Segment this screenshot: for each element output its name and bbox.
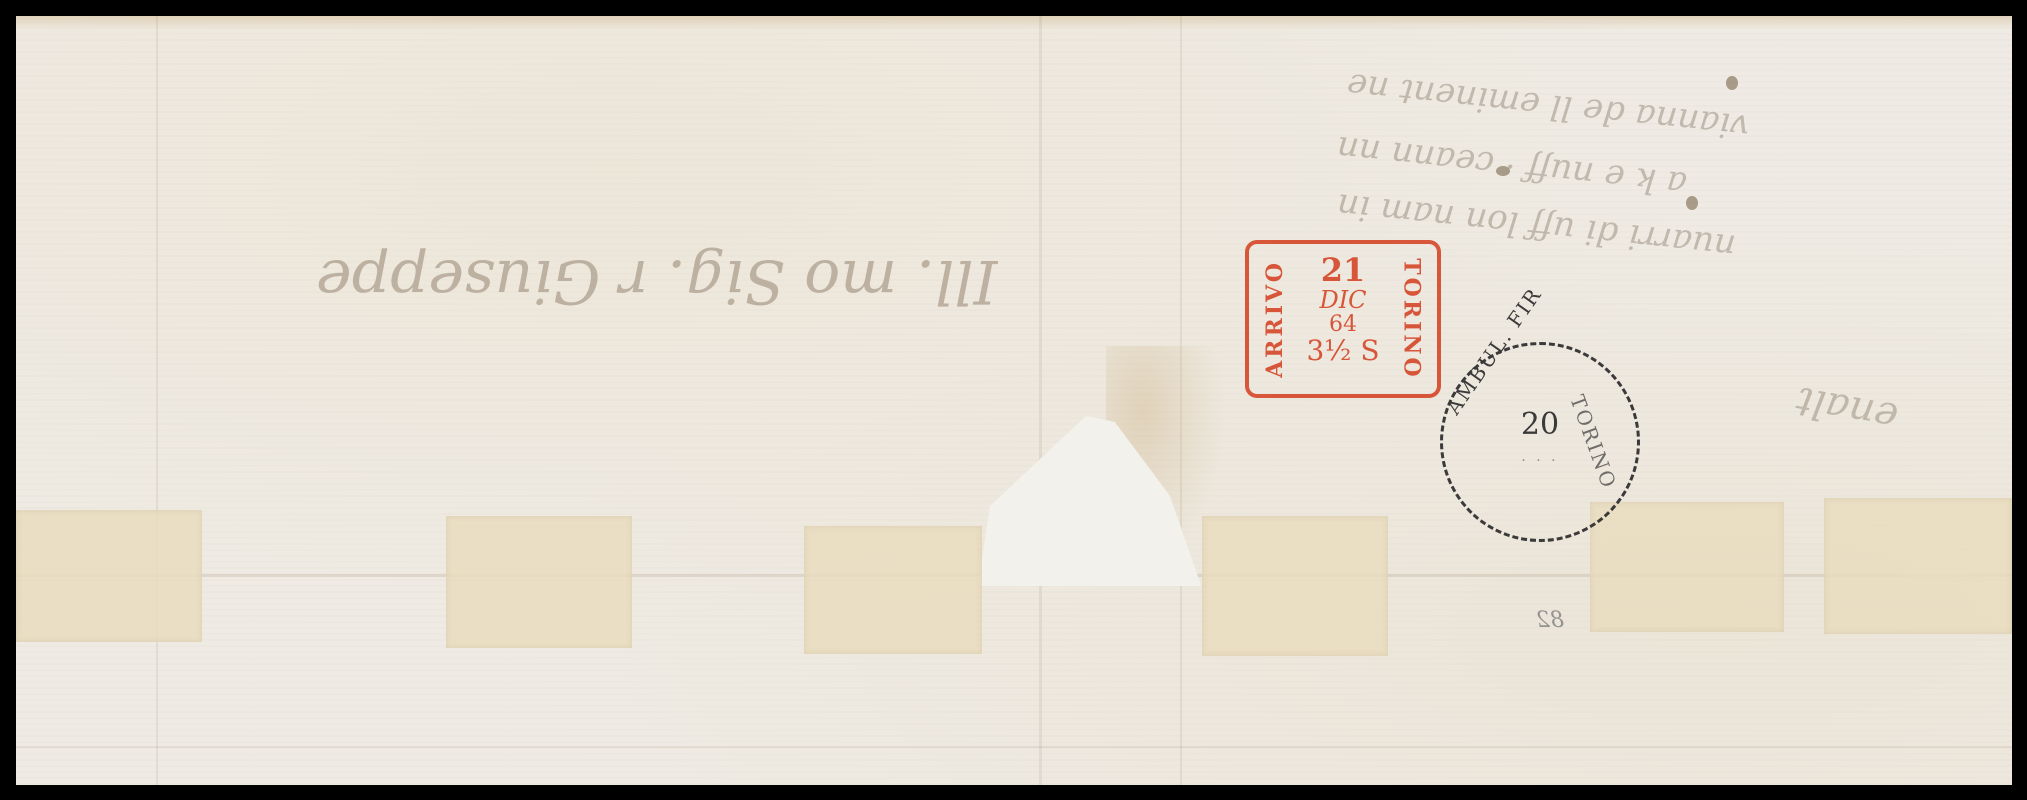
tape-strip [446,516,632,648]
tape-strip [1202,516,1388,656]
fold-line [16,746,2012,748]
postmark-year: 64 [1306,313,1379,336]
tape-strip [16,510,202,642]
fold-line [1039,16,1042,785]
arrival-postmark-red-box: ARRIVO TORINO 21 DIC 64 3½ S [1245,240,1441,398]
pencil-notation: 82 [1536,608,1564,633]
ink-spot [1686,196,1698,210]
mirrored-handwriting-line: enalt [1793,377,1902,440]
circular-cancel-postmark: AMBUL. FIR TORINO 20 · · · [1440,342,1640,542]
ink-spot [1726,76,1738,90]
cancel-month: · · · [1521,453,1558,469]
cancel-ring-text: TORINO [1566,392,1622,493]
tape-strip [1824,498,2012,634]
fold-line [156,16,158,785]
ink-spot [1496,166,1510,176]
postmark-month: DIC [1306,288,1379,313]
letter-cover: Ill. mo Sig. r Giuseppe vianna de ll emi… [16,16,2012,785]
postmark-city-text: TORINO [1398,258,1424,379]
tape-strip [1590,502,1784,632]
top-edge-stain [16,16,2012,30]
tape-strip [804,526,982,654]
postmark-time: 3½ S [1306,336,1379,365]
postmark-arrivo-text: ARRIVO [1262,260,1288,378]
cancel-day: 20 [1521,407,1559,442]
postmark-day: 21 [1306,254,1379,288]
postmark-date-block: 21 DIC 64 3½ S [1306,254,1379,365]
mirrored-handwriting: Ill. mo Sig. r Giuseppe [316,246,997,316]
